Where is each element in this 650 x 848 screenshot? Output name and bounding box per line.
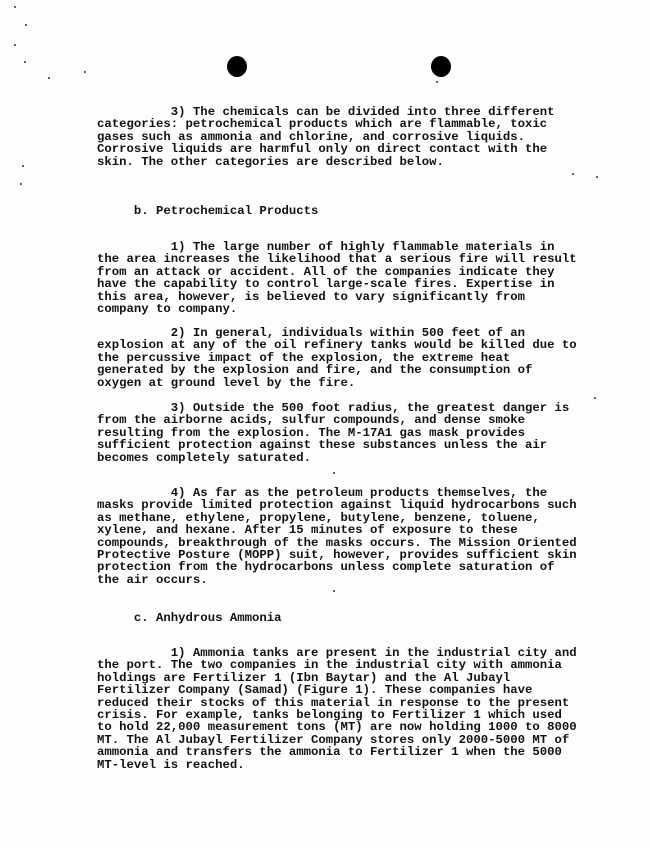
punch-hole-left [227, 56, 247, 77]
text-line: MT-level is reached. [97, 759, 245, 771]
scan-speck [25, 24, 27, 26]
text-line: skin. The other categories are described… [97, 156, 444, 168]
scan-speck [22, 165, 24, 167]
text-line: masks provide limited protection against… [97, 499, 577, 511]
text-line: oxygen at ground level by the fire. [97, 377, 355, 389]
scan-speck [24, 61, 26, 63]
text-line: ammonia and transfers the ammonia to Fer… [97, 746, 562, 758]
text-line: Fertilizer Company (Samad) (Figure 1). T… [97, 684, 532, 696]
text-line: xylene, and hexane. After 15 minutes of … [97, 524, 518, 536]
text-line: from the airborne acids, sulfur compound… [97, 414, 525, 426]
text-line: to hold 22,000 measurement tons (MT) are… [97, 721, 577, 733]
text-line: company to company. [97, 303, 237, 315]
punch-hole-right [431, 56, 451, 77]
text-line: c. Anhydrous Ammonia [97, 612, 281, 624]
text-line: generated by the explosion and fire, and… [97, 364, 532, 376]
text-line: sufficient protection against these subs… [97, 439, 547, 451]
scan-speck [20, 183, 22, 185]
text-line: b. Petrochemical Products [97, 205, 318, 217]
text-line: the area increases the likelihood that a… [97, 253, 577, 265]
scan-speck [84, 71, 86, 73]
scan-speck [333, 472, 335, 474]
text-line: categories: petrochemical products which… [97, 118, 547, 130]
scan-speck [48, 77, 50, 79]
scan-speck [596, 176, 598, 178]
scan-speck [436, 81, 438, 83]
text-line: protection from the hydrocarbons unless … [97, 561, 555, 573]
scan-speck [333, 590, 335, 592]
scan-speck [14, 6, 16, 8]
scan-speck [572, 173, 574, 175]
text-line: have the capability to control large-sca… [97, 278, 555, 290]
scan-speck [594, 397, 596, 399]
document-page: 3) The chemicals can be divided into thr… [0, 0, 650, 848]
text-line: explosion at any of the oil refinery tan… [97, 339, 577, 351]
text-line: becomes completely saturated. [97, 452, 311, 464]
text-line: the air occurs. [97, 574, 208, 586]
text-line: the port. The two companies in the indus… [97, 659, 562, 671]
scan-speck [14, 44, 16, 46]
text-line: Corrosive liquids are harmful only on di… [97, 143, 547, 155]
